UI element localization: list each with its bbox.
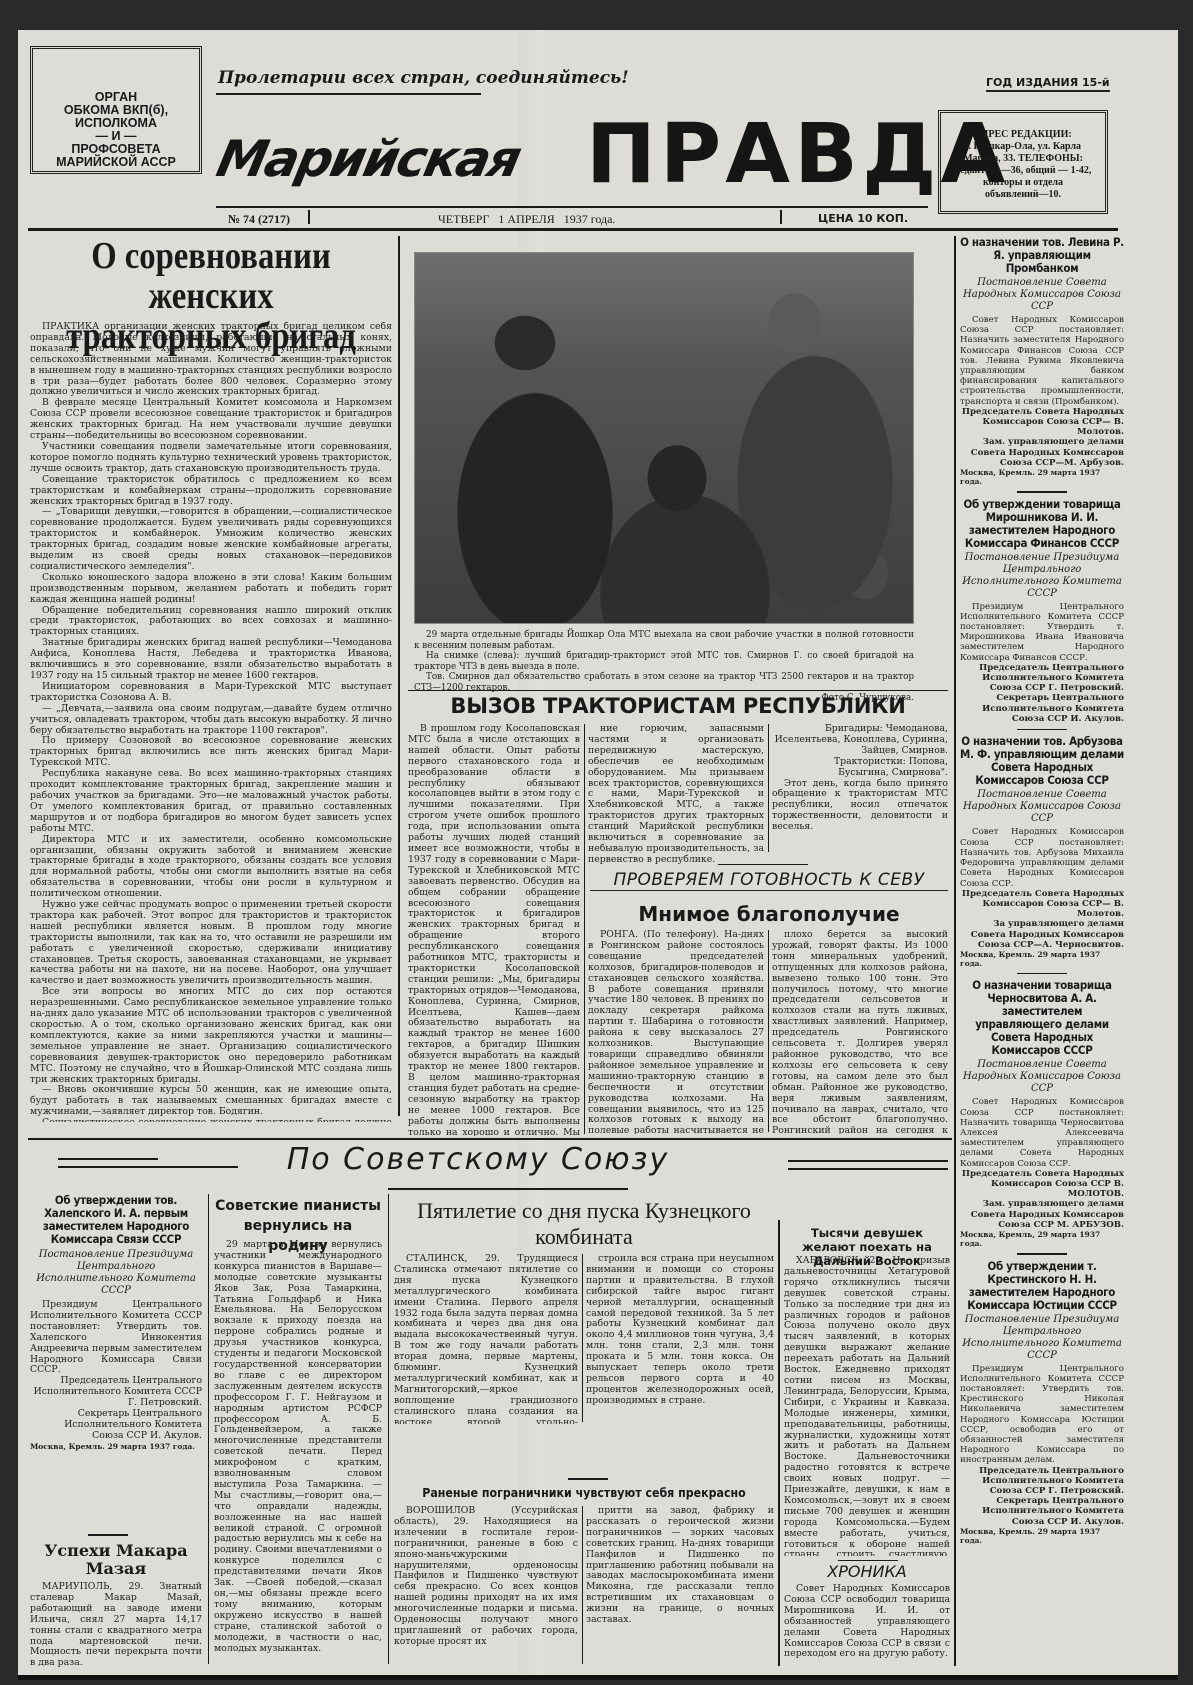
paragraph: — Вновь окончившие курсы 50 женщин, как … [30, 1085, 392, 1118]
challenge-col1: В прошлом году Косолаповская МТС была в … [408, 724, 580, 1136]
title-script: Марийская [212, 130, 525, 188]
decree-headline: О назначении товарища Черносвитова А. А.… [960, 979, 1124, 1057]
signature: Секретарь Центрального Исполнительного К… [30, 1409, 202, 1442]
borderguards-col2: притти на завод, фабрику и рассказать о … [586, 1506, 774, 1666]
paragraph: Инициатором соревнования в Мари-Турекско… [30, 682, 392, 704]
paragraph: Нужно уже сейчас продумать вопрос о прим… [30, 900, 392, 987]
organ-line: МАРИЙСКОЙ АССР [33, 156, 199, 169]
decree-subtitle: Постановление Президиума Центрального Ис… [960, 1314, 1124, 1362]
decree-body: Совет Народных Комиссаров Союза ССР пост… [960, 1097, 1124, 1168]
decree: О назначении товарища Черносвитова А. А.… [960, 979, 1124, 1248]
paragraph: ВОРОШИЛОВ (Уссурийская область), 29. Нах… [394, 1506, 578, 1648]
paragraph: В прошлом году Косолаповская МТС была в … [408, 724, 580, 1136]
signature: Председатель Центрального Исполнительног… [30, 1376, 202, 1409]
paragraph: Этот день, когда было принято обращение … [772, 779, 948, 834]
signature: Зам. управляющего делами Совета Народных… [960, 1199, 1124, 1230]
signers-tractorists: Трактористки: Попова, Бусыгина, Смирнова… [772, 757, 948, 779]
paragraph: Обращение победительниц соревнования наш… [30, 606, 392, 639]
mazai-article: МАРИУПОЛЬ, 29. Знатный сталевар Макар Ма… [30, 1582, 202, 1669]
slogan: Пролетарии всех стран, соединяйтесь! [218, 68, 629, 88]
fareast-article: ХАБАРОВСК, 29. На призыв дальневосточниц… [784, 1256, 950, 1556]
pianists-article: 29 марта в Москву вернулись участники ме… [214, 1240, 382, 1664]
paragraph: Республика накануне сева. Во всех машинн… [30, 769, 392, 834]
paragraph: притти на завод, фабрику и рассказать о … [586, 1506, 774, 1626]
kuznetsk-col1: СТАЛИНСК, 29. Трудящиеся Сталинска отмеч… [394, 1254, 578, 1424]
decree-headline: О назначении тов. Арбузова М. Ф. управля… [960, 735, 1124, 787]
chronicle-article: Совет Народных Комиссаров Союза ССР осво… [784, 1584, 950, 1668]
borderguards-headline: Раненые пограничники чувствуют себя прек… [409, 1486, 759, 1500]
paragraph: В феврале месяце Центральный Комитет ком… [30, 398, 392, 442]
decree-headline: Об утверждении т. Крестинского Н. Н. зам… [960, 1260, 1124, 1312]
caption-line: 29 марта отдельные бригады Йошкар Ола МТ… [414, 630, 914, 651]
paragraph: 29 марта в Москву вернулись участники ме… [214, 1240, 382, 1654]
signature: Зам. управляющего делами Совета Народных… [960, 437, 1124, 468]
chronicle-rubric: ХРОНИКА [784, 1562, 950, 1581]
address-line: объявлений—10. [941, 189, 1105, 201]
address-line: г. Йошкар-Ола, ул. Карла [941, 141, 1105, 153]
signature: Председатель Центрального Исполнительног… [960, 1466, 1124, 1497]
decree-body: Президиум Центрального Исполнительного К… [960, 602, 1124, 663]
decree-place-date: Москва, Кремль. 29 марта 1937 года. [960, 1527, 1124, 1545]
paragraph: Совещание трактористок обратилось с пред… [30, 475, 392, 508]
kuznetsk-headline: Пятилетие со дня пуска Кузнецкого комбин… [394, 1198, 774, 1250]
publication-year: ГОД ИЗДАНИЯ 15-й [986, 76, 1110, 92]
decree-body: Совет Народных Комиссаров Союза ССР пост… [960, 827, 1124, 888]
paragraph: Знатные бригадиры женских бригад нашей р… [30, 638, 392, 682]
paragraph: Сколько юношеского задора вложено в эти … [30, 573, 392, 606]
decree-place-date: Москва, Кремль. 29 марта 1937 года. [960, 468, 1124, 486]
price: ЦЕНА 10 КОП. [818, 212, 908, 225]
lead-article: ПРАКТИКА организации женских тракторных … [30, 322, 392, 1122]
issue-number: № 74 (2717) [228, 212, 290, 227]
decree-place-date: Москва, Кремль. 29 марта 1937 года. [960, 950, 1124, 968]
decree-subtitle: Постановление Президиума Центрального Ис… [30, 1249, 202, 1297]
address-line: редактора—36, общий — 1-42, [941, 165, 1105, 177]
paragraph: МАРИУПОЛЬ, 29. Знатный сталевар Макар Ма… [30, 1582, 202, 1669]
signature: За управляющего делами Совета Народных К… [960, 919, 1124, 950]
signers-brigadiers: Бригадиры: Чемоданова, Иселентьева, Коно… [772, 724, 948, 757]
sowing-headline: Мнимое благополучие [590, 902, 948, 926]
paragraph: Социалистическое соревнование женских тр… [30, 1118, 392, 1122]
decree-headline: О назначении тов. Левина Р. Я. управляющ… [960, 236, 1124, 275]
challenge-col3: Бригадиры: Чемоданова, Иселентьева, Коно… [772, 724, 948, 854]
paragraph: Директора МТС и их заместители, особенно… [30, 835, 392, 900]
mazai-headline: Успехи Макара Мазая [30, 1542, 202, 1578]
sowing-col2: плохо берется за высокий урожай, говорят… [772, 930, 948, 1134]
paragraph: ХАБАРОВСК, 29. На призыв дальневосточниц… [784, 1256, 950, 1556]
halepsky-decree: Об утверждении тов. Халепского И. А. пер… [30, 1194, 202, 1524]
paragraph: плохо берется за высокий урожай, говорят… [772, 930, 948, 1134]
paragraph: ПРАКТИКА организации женских тракторных … [30, 322, 392, 398]
paragraph: РОНГА. (По телефону). На-днях в Ронгинск… [588, 930, 764, 1134]
address-line: АДРЕС РЕДАКЦИИ: [941, 129, 1105, 141]
decree-headline: Об утверждении тов. Халепского И. А. пер… [30, 1194, 202, 1246]
decree-body: Президиум Центрального Исполнительного К… [960, 1364, 1124, 1466]
decree-subtitle: Постановление Совета Народных Комиссаров… [960, 277, 1124, 313]
paragraph: Все эти вопросы во многих МТС до сих пор… [30, 987, 392, 1085]
paragraph: СТАЛИНСК, 29. Трудящиеся Сталинска отмеч… [394, 1254, 578, 1424]
decree: О назначении тов. Арбузова М. Ф. управля… [960, 735, 1124, 967]
signature: Председатель Совета Народных Комиссаров … [960, 889, 1124, 920]
challenge-col2: ние горючим, запасными частями и организ… [588, 724, 764, 864]
decree-subtitle: Постановление Совета Народных Комиссаров… [960, 789, 1124, 825]
photo-caption: 29 марта отдельные бригады Йошкар Ола МТ… [414, 630, 914, 704]
decree-headline: Об утверждении товарища Мирошникова И. И… [960, 498, 1124, 550]
photo-tractor-brigade [414, 252, 914, 624]
newspaper-page: ОРГАН ОБКОМА ВКП(б), ИСПОЛКОМА — И — ПРО… [18, 30, 1178, 1680]
borderguards-col1: ВОРОШИЛОВ (Уссурийская область), 29. Нах… [394, 1506, 578, 1666]
decree-place-date: Москва, Кремль. 29 марта 1937 года. [30, 1442, 202, 1451]
decree-subtitle: Постановление Совета Народных Комиссаров… [960, 1059, 1124, 1095]
decree-place-date: Москва, Кремль, 29 марта 1937 года. [960, 1230, 1124, 1248]
decrees-column: О назначении тов. Левина Р. Я. управляющ… [960, 236, 1124, 1676]
signature: Председатель Совета Народных Комиссаров … [960, 1169, 1124, 1200]
paragraph: Участники совещания подвели замечательны… [30, 442, 392, 475]
signature: Секретарь Центрального Исполнительного К… [960, 693, 1124, 724]
challenge-headline: ВЫЗОВ ТРАКТОРИСТАМ РЕСПУБЛИКИ [408, 694, 948, 718]
kuznetsk-col2: строила вся страна при неусыпном внимани… [586, 1254, 774, 1424]
paragraph: — „Товарищи девушки,—говорится в обращен… [30, 507, 392, 572]
organ-box: ОРГАН ОБКОМА ВКП(б), ИСПОЛКОМА — И — ПРО… [30, 46, 202, 174]
issue-date: ЧЕТВЕРГ 1 АПРЕЛЯ 1937 года. [438, 212, 615, 227]
sowing-rubric: ПРОВЕРЯЕМ ГОТОВНОСТЬ К СЕВУ [590, 870, 948, 891]
address-line: конторы и отдела [941, 177, 1105, 189]
paragraph: ние горючим, запасными частями и организ… [588, 724, 764, 864]
section-rubric: По Советскому Союзу [268, 1142, 688, 1177]
signature: Председатель Центрального Исполнительног… [960, 663, 1124, 694]
signature: Председатель Совета Народных Комиссаров … [960, 407, 1124, 438]
paragraph: — „Девчата,—заявила она своим подругам,—… [30, 704, 392, 737]
paragraph: Совет Народных Комиссаров Союза ССР осво… [784, 1584, 950, 1660]
decree-body: Президиум Центрального Исполнительного К… [30, 1300, 202, 1376]
sowing-col1: РОНГА. (По телефону). На-днях в Ронгинск… [588, 930, 764, 1134]
decree: Об утверждении т. Крестинского Н. Н. зам… [960, 1260, 1124, 1545]
paragraph: По примеру Созоновой во всесоюзное сорев… [30, 736, 392, 769]
signature: Секретарь Центрального Исполнительного К… [960, 1496, 1124, 1527]
decree-subtitle: Постановление Президиума Центрального Ис… [960, 552, 1124, 600]
decree: О назначении тов. Левина Р. Я. управляющ… [960, 236, 1124, 486]
paragraph: строила вся страна при неусыпном внимани… [586, 1254, 774, 1407]
decree-body: Совет Народных Комиссаров Союза ССР пост… [960, 315, 1124, 407]
caption-line: На снимке (слева): лучший бригадир-тракт… [414, 651, 914, 672]
address-line: Маркса, 33. ТЕЛЕФОНЫ: [941, 153, 1105, 165]
address-box: АДРЕС РЕДАКЦИИ: г. Йошкар-Ола, ул. Карла… [938, 110, 1108, 214]
decree: Об утверждении товарища Мирошникова И. И… [960, 498, 1124, 724]
